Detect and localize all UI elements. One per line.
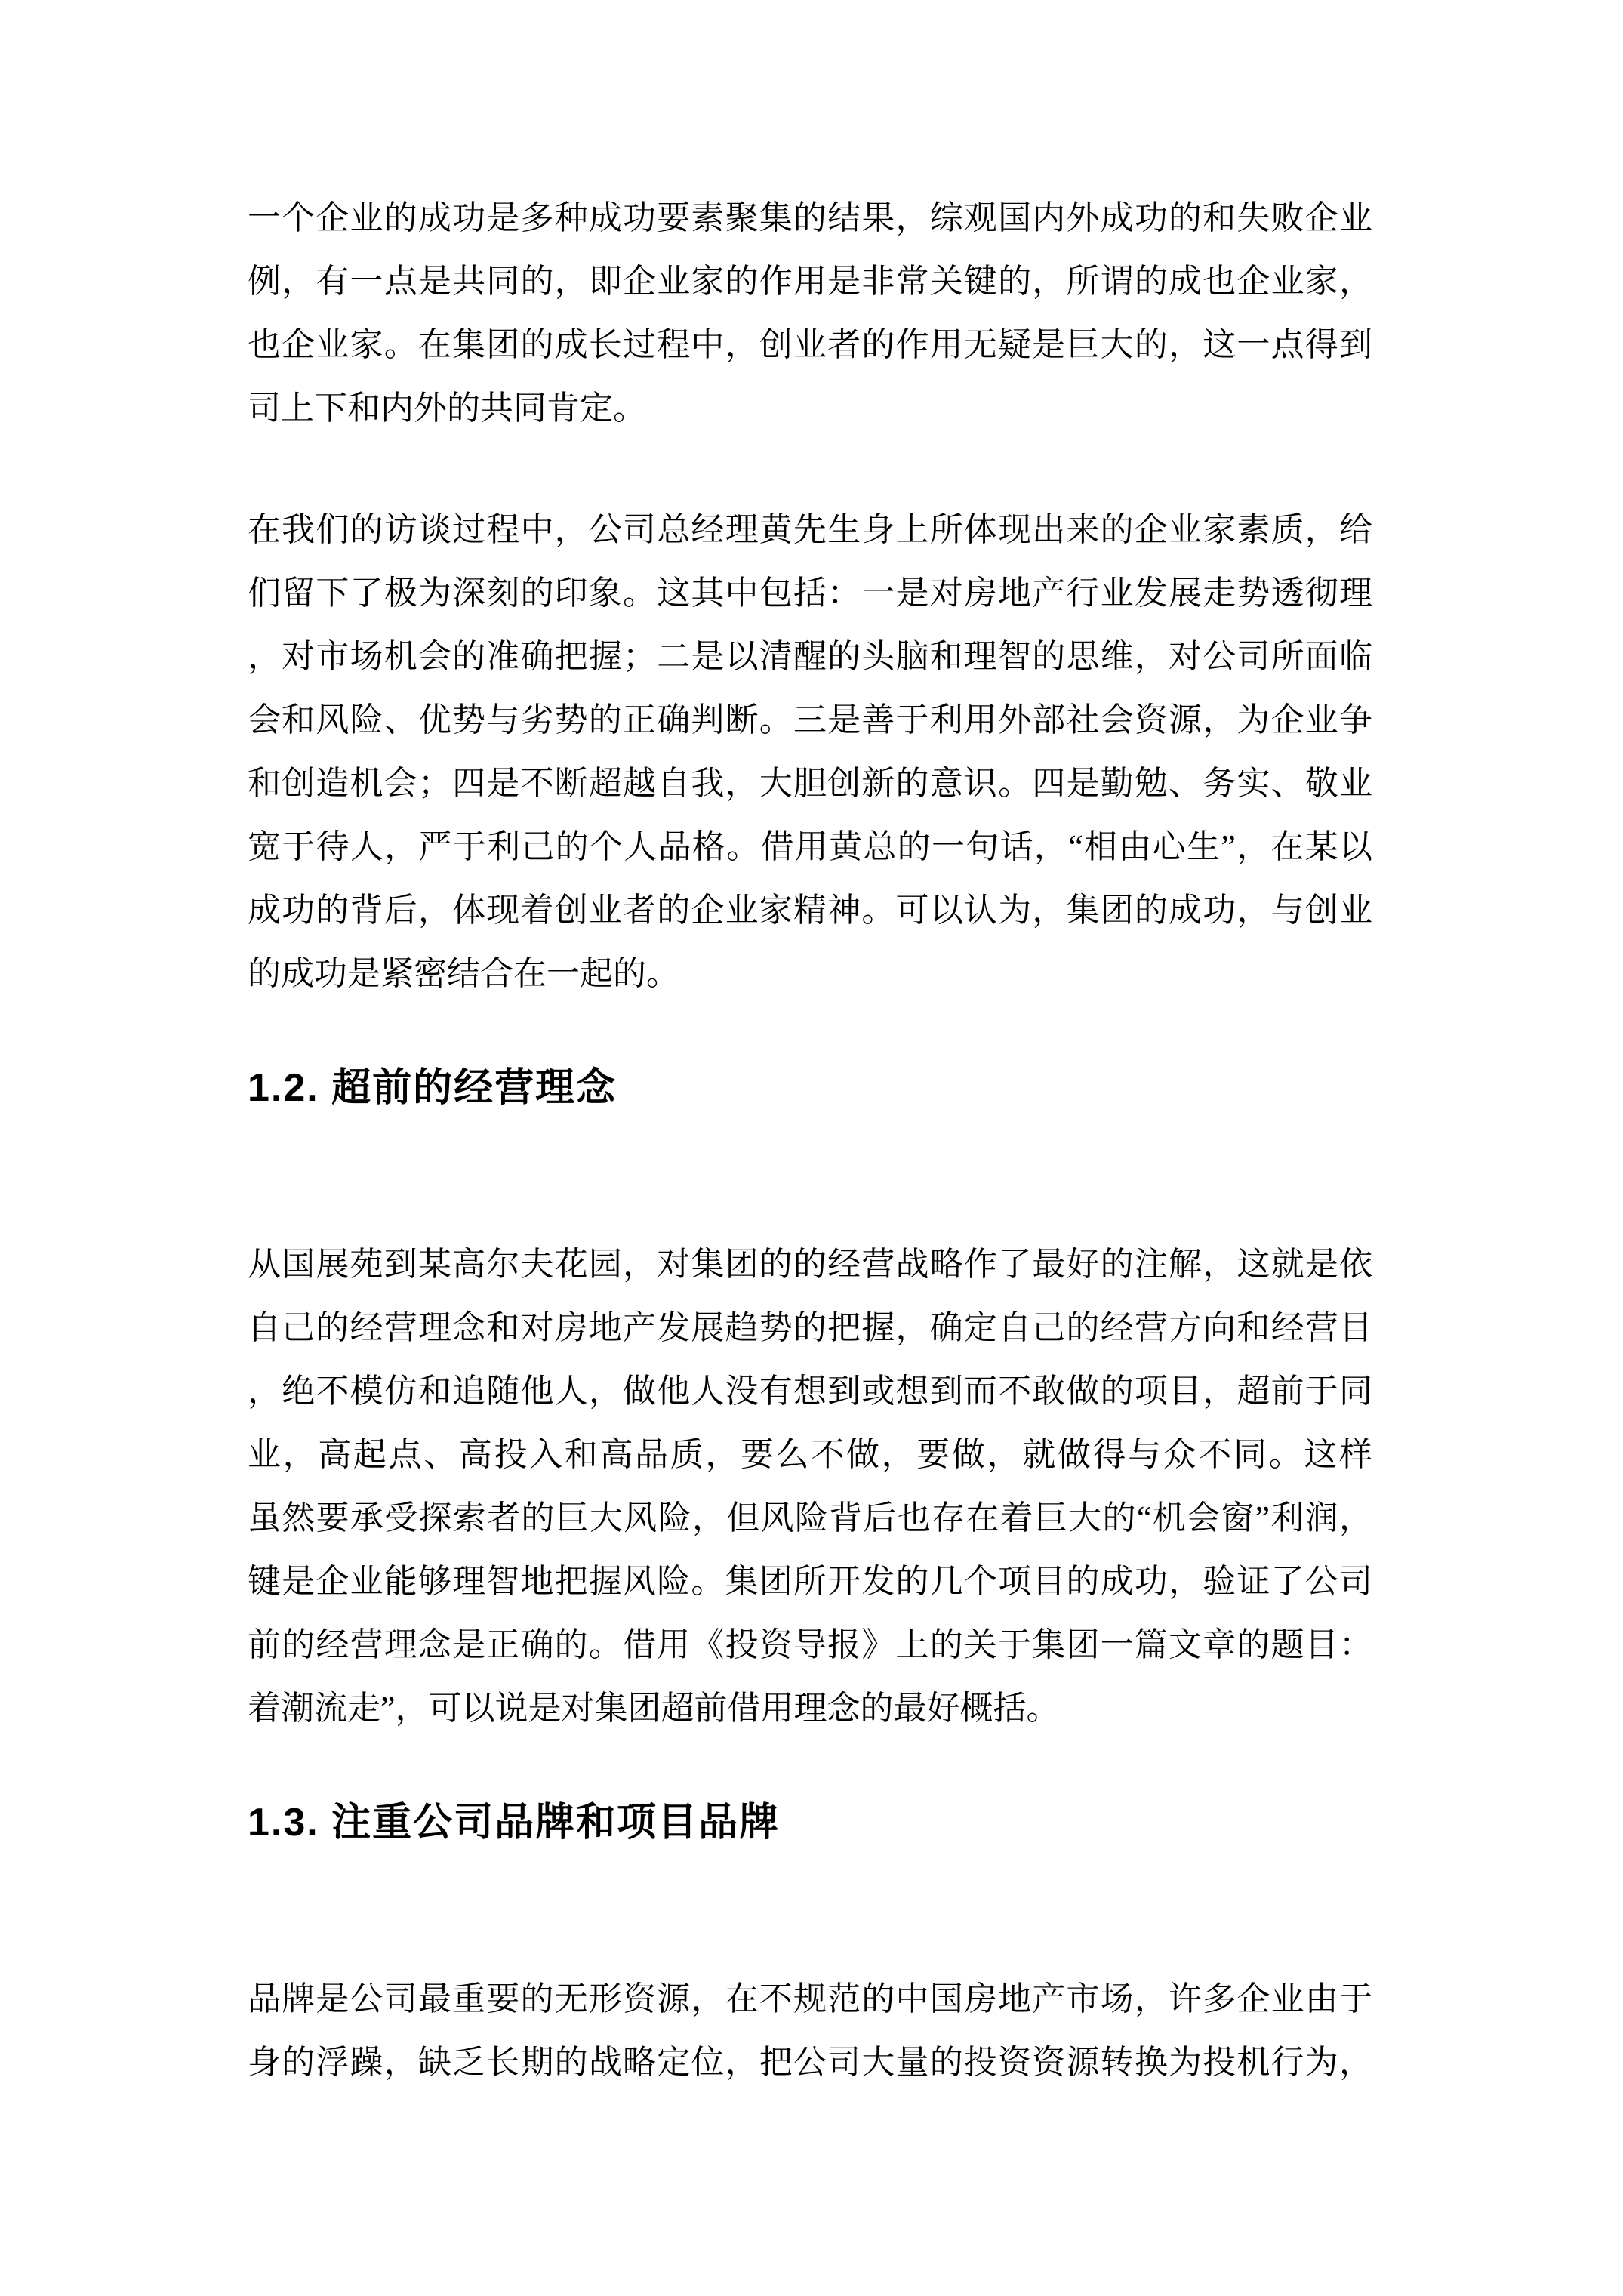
- text-line: 也企业家。在集团的成长过程中，创业者的作用无疑是巨大的，这一点得到公: [248, 313, 1372, 377]
- text-line: 品牌是公司最重要的无形资源，在不规范的中国房地产市场，许多企业由于自: [248, 1968, 1372, 2031]
- document-page: 一个企业的成功是多种成功要素聚集的结果，综观国内外成功的和失败企业案 例，有一点…: [0, 0, 1623, 2296]
- text-line: 键是企业能够理智地把握风险。集团所开发的几个项目的成功，验证了公司超: [248, 1550, 1372, 1613]
- paragraph-1: 一个企业的成功是多种成功要素聚集的结果，综观国内外成功的和失败企业案 例，有一点…: [248, 186, 1372, 440]
- text-line: 宽于待人，严于利己的个人品格。借用黄总的一句话，“相由心生”，在某以往: [248, 815, 1372, 879]
- text-line: 们留下了极为深刻的印象。这其中包括：一是对房地产行业发展走势透彻理解: [248, 562, 1372, 625]
- text-line: 和创造机会；四是不断超越自我，大胆创新的意识。四是勤勉、务实、敬业和: [248, 752, 1372, 815]
- text-line: 成功的背后，体现着创业者的企业家精神。可以认为，集团的成功，与创业者: [248, 879, 1372, 942]
- document-content: 一个企业的成功是多种成功要素聚集的结果，综观国内外成功的和失败企业案 例，有一点…: [248, 186, 1372, 2153]
- text-line: 着潮流走”，可以说是对集团超前借用理念的最好概括。: [248, 1677, 1372, 1740]
- text-line: 一个企业的成功是多种成功要素聚集的结果，综观国内外成功的和失败企业案: [248, 186, 1372, 250]
- text-line: ，对市场机会的准确把握；二是以清醒的头脑和理智的思维，对公司所面临机: [248, 625, 1372, 689]
- text-line: 司上下和内外的共同肯定。: [248, 377, 1372, 440]
- text-line: 虽然要承受探索者的巨大风险，但风险背后也存在着巨大的“机会窗”利润，关: [248, 1487, 1372, 1550]
- text-line: 业，高起点、高投入和高品质，要么不做，要做，就做得与众不同。这样做，: [248, 1423, 1372, 1487]
- paragraph-3: 从国展苑到某高尔夫花园，对集团的的经营战略作了最好的注解，这就是依照 自己的经营…: [248, 1233, 1372, 1740]
- text-line: 自己的经营理念和对房地产发展趋势的把握，确定自己的经营方向和经营目标: [248, 1296, 1372, 1360]
- text-line: 的成功是紧密结合在一起的。: [248, 942, 1372, 1006]
- text-line: ，绝不模仿和追随他人，做他人没有想到或想到而不敢做的项目，超前于同行: [248, 1360, 1372, 1423]
- text-line: 从国展苑到某高尔夫花园，对集团的的经营战略作了最好的注解，这就是依照: [248, 1233, 1372, 1296]
- text-line: 例，有一点是共同的，即企业家的作用是非常关键的，所谓的成也企业家，败: [248, 250, 1372, 313]
- section-heading-1-3: 1.3. 注重公司品牌和项目品牌: [248, 1798, 1372, 1847]
- text-line: 会和风险、优势与劣势的正确判断。三是善于利用外部社会资源，为企业争取: [248, 689, 1372, 752]
- paragraph-2: 在我们的访谈过程中，公司总经理黄先生身上所体现出来的企业家素质，给我 们留下了极…: [248, 498, 1372, 1006]
- text-line: 前的经营理念是正确的。借用《投资导报》上的关于集团一篇文章的题目：“推: [248, 1613, 1372, 1677]
- section-heading-1-2: 1.2. 超前的经营理念: [248, 1064, 1372, 1112]
- paragraph-4: 品牌是公司最重要的无形资源，在不规范的中国房地产市场，许多企业由于自 身的浮躁，…: [248, 1968, 1372, 2094]
- text-line: 在我们的访谈过程中，公司总经理黄先生身上所体现出来的企业家素质，给我: [248, 498, 1372, 562]
- text-line: 身的浮躁，缺乏长期的战略定位，把公司大量的投资资源转换为投机行为，把: [248, 2031, 1372, 2094]
